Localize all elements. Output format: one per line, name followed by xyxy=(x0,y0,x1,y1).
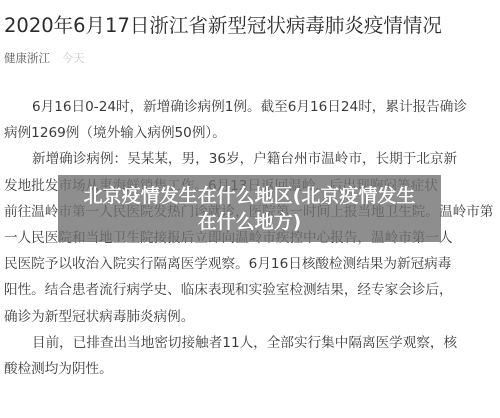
article-source[interactable]: 健康浙江 xyxy=(4,51,50,65)
paragraph-line: 目前，已排查出当地密切接触者11人，全部实行集中隔离医学观察，核 xyxy=(4,330,496,356)
paragraph-line: 酸检测均为阴性。 xyxy=(4,356,496,382)
paragraph-line: 病例1269例（境外输入病例50例）。 xyxy=(4,120,496,146)
article-date: 今天 xyxy=(62,51,85,65)
paragraph-line: 民医院予以收治入院实行隔离医学观察。6月16日核酸检测结果为新冠病毒 xyxy=(4,251,496,277)
paragraph-line: 新增确诊病例：吴某某，男，36岁，户籍台州市温岭市，长期于北京新 xyxy=(4,146,496,172)
article-meta: 健康浙江 今天 xyxy=(4,50,85,66)
article-title: 2020年6月17日浙江省新型冠状病毒肺炎疫情情况 xyxy=(4,12,442,40)
overlay-headline: 北京疫情发生在什么地区(北京疫情发生在什么地方) xyxy=(80,183,420,235)
paragraph-line: 6月16日0-24时，新增确诊病例1例。截至6月16日24时，累计报告确诊 xyxy=(4,94,496,120)
paragraph-line: 确诊为新型冠状病毒肺炎病例。 xyxy=(4,304,496,330)
headline-overlay: 北京疫情发生在什么地区(北京疫情发生在什么地方) xyxy=(58,175,441,242)
paragraph-line: 阳性。结合患者流行病学史、临床表现和实验室检测结果，经专家会诊后， xyxy=(4,277,496,303)
